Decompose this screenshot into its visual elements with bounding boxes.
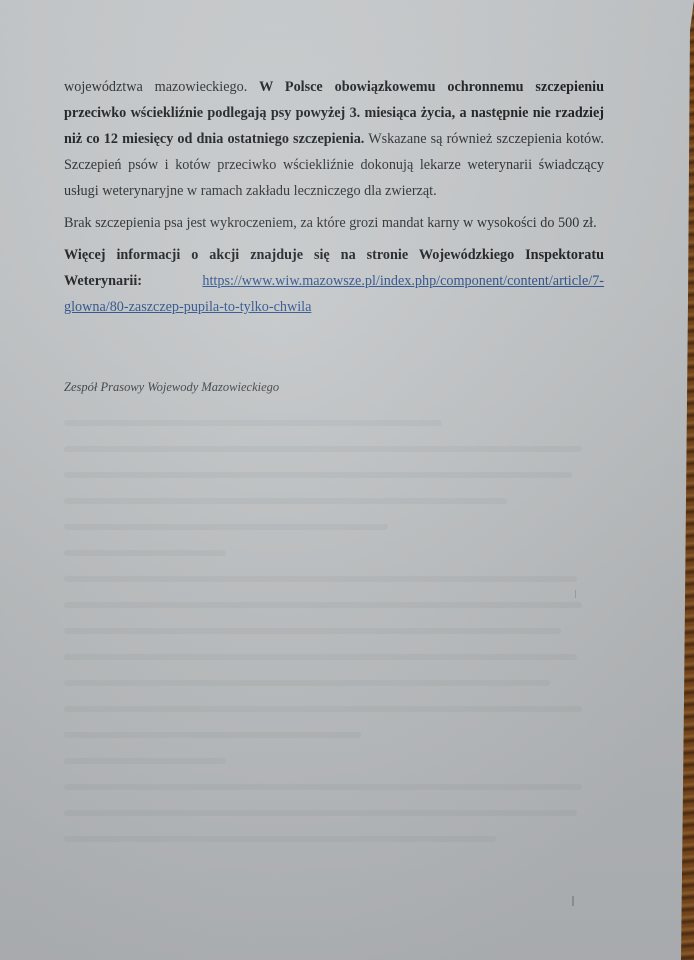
reverse-side-show-through	[64, 420, 604, 862]
document-body: województwa mazowieckiego. W Polsce obow…	[64, 74, 604, 326]
page-mark	[572, 896, 574, 906]
page-mark	[575, 590, 576, 598]
press-team-signature: Zespół Prasowy Wojewody Mazowieckiego	[64, 380, 279, 395]
paragraph-more-info: Więcej informacji o akcji znajduje się n…	[64, 242, 604, 320]
paragraph-vaccination-info: województwa mazowieckiego. W Polsce obow…	[64, 74, 604, 204]
wiw-article-link[interactable]: https://www.wiw.mazowsze.pl/index.php/co…	[64, 273, 604, 315]
printed-page: województwa mazowieckiego. W Polsce obow…	[0, 0, 694, 960]
paragraph-penalty: Brak szczepienia psa jest wykroczeniem, …	[64, 210, 604, 236]
paragraph-segment-intro: województwa mazowieckiego.	[64, 79, 259, 95]
